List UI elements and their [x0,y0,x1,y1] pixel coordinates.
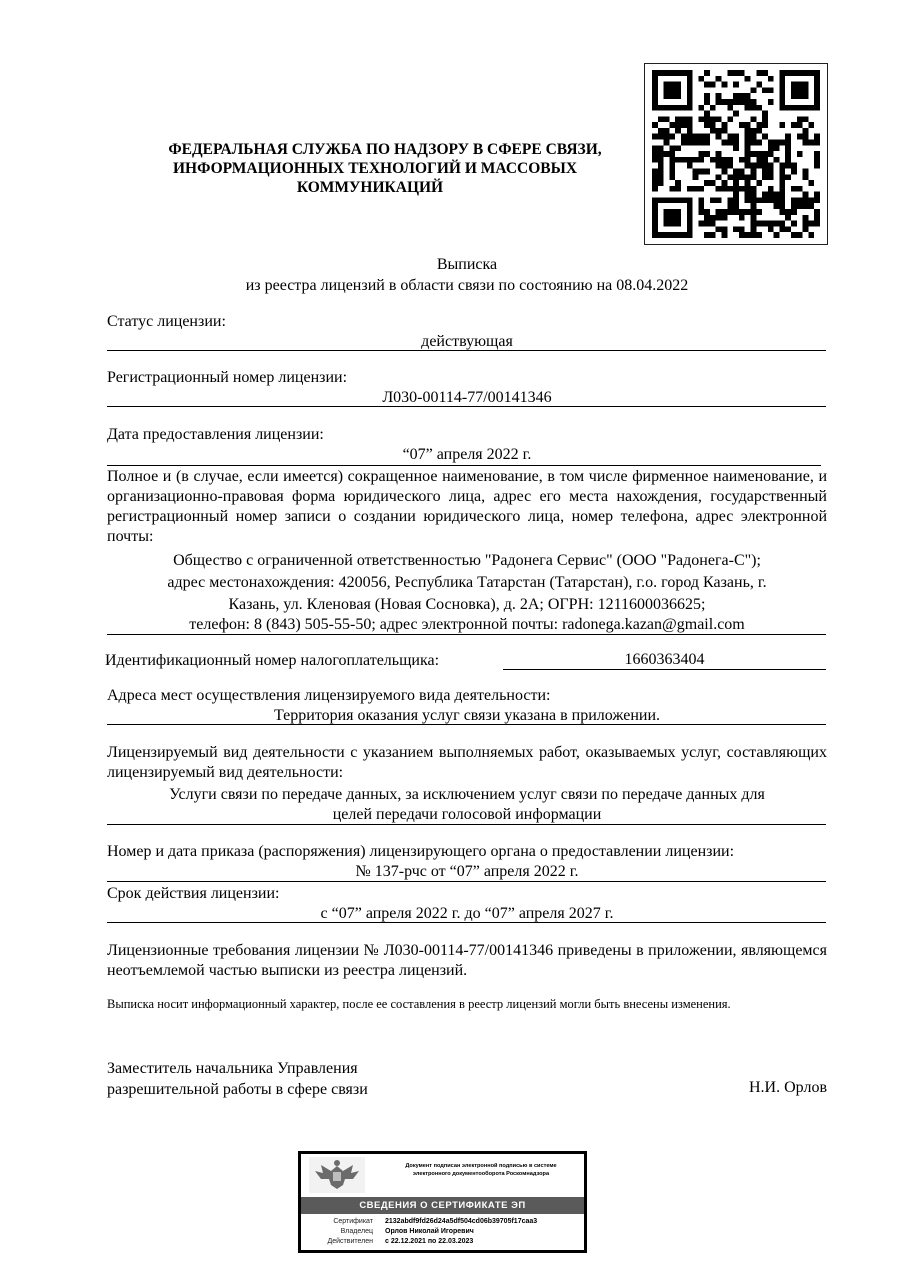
stamp-value: с 22.12.2021 по 22.03.2023 [385,1237,473,1247]
validity-value: с “07” апреля 2022 г. до “07” апреля 202… [107,904,827,924]
activity-value-line: целей передачи голосовой информации [107,805,827,825]
agency-line: ИНФОРМАЦИОННЫХ ТЕХНОЛОГИЙ И МАССОВЫХ [120,159,630,178]
signatory-name: Н.И. Орлов [749,1079,827,1097]
divider [107,724,826,725]
stamp-row-certificate: Сертификат 2132abdf9fd26d24a5df504cd06b3… [301,1217,584,1227]
stamp-title: СВЕДЕНИЯ О СЕРТИФИКАТЕ ЭП [301,1197,584,1214]
stamp-note-line: Документ подписан электронной подписью в… [381,1162,581,1170]
status-value: действующая [107,332,827,352]
company-value-line: адрес местонахождения: 420056, Республик… [107,573,827,593]
company-value-line: телефон: 8 (843) 505-55-50; адрес электр… [107,615,827,635]
issue-date-value: “07” апреля 2022 г. [107,445,827,465]
divider [107,406,826,407]
stamp-note: Документ подписан электронной подписью в… [381,1162,581,1178]
divider [107,465,821,466]
agency-name: ФЕДЕРАЛЬНАЯ СЛУЖБА ПО НАДЗОРУ В СФЕРЕ СВ… [140,140,630,197]
signatory-position: Заместитель начальника Управления разреш… [107,1058,368,1100]
status-label: Статус лицензии: [107,312,226,332]
divider [107,634,826,635]
stamp-key: Действителен [301,1237,373,1247]
inn-value: 1660363404 [503,650,826,670]
stamp-row-owner: Владелец Орлов Николай Игоревич [301,1227,584,1237]
stamp-value: Орлов Николай Игоревич [385,1227,474,1237]
company-value-line: Общество с ограниченной ответственностью… [107,551,827,571]
order-label: Номер и дата приказа (распоряжения) лице… [107,842,734,862]
reg-number-value: Л030-00114-77/00141346 [107,388,827,408]
activity-label: Лицензируемый вид деятельности с указани… [107,743,827,783]
company-label: Полное и (в случае, если имеется) сокращ… [107,467,827,547]
qr-code-icon [644,63,828,245]
double-headed-eagle-icon [309,1157,365,1193]
stamp-row-validity: Действителен с 22.12.2021 по 22.03.2023 [301,1237,584,1247]
validity-label: Срок действия лицензии: [107,884,279,904]
stamp-value: 2132abdf9fd26d24a5df504cd06b39705f17caa3 [385,1217,537,1227]
reg-number-label: Регистрационный номер лицензии: [107,368,347,388]
divider [107,922,826,923]
divider [107,824,826,825]
signatory-position-line: разрешительной работы в сфере связи [107,1079,368,1100]
signatory-position-line: Заместитель начальника Управления [107,1058,368,1079]
addresses-label: Адреса мест осуществления лицензируемого… [107,686,550,706]
disclaimer: Выписка носит информационный характер, п… [107,996,827,1012]
order-value: № 137-рчс от “07” апреля 2022 г. [107,862,827,882]
addresses-value: Территория оказания услуг связи указана … [107,706,827,726]
stamp-header: Документ подписан электронной подписью в… [301,1154,584,1195]
stamp-key: Владелец [301,1227,373,1237]
document-subtitle: из реестра лицензий в области связи по с… [0,276,902,296]
divider [503,669,826,670]
divider [107,350,826,351]
requirements-note: Лицензионные требования лицензии № Л030-… [107,941,827,981]
stamp-note-line: электронного документооборота Роскомнадз… [381,1170,581,1178]
agency-line: КОММУНИКАЦИЙ [110,178,630,197]
issue-date-label: Дата предоставления лицензии: [107,425,324,445]
document-title: Выписка [0,255,902,275]
divider [107,881,826,882]
agency-line: ФЕДЕРАЛЬНАЯ СЛУЖБА ПО НАДЗОРУ В СФЕРЕ СВ… [140,140,630,159]
e-signature-stamp: Документ подписан электронной подписью в… [298,1151,587,1253]
stamp-key: Сертификат [301,1217,373,1227]
inn-label: Идентификационный номер налогоплательщик… [105,651,439,671]
activity-value-line: Услуги связи по передаче данных, за искл… [107,785,827,805]
company-value-line: Казань, ул. Кленовая (Новая Сосновка), д… [107,595,827,615]
